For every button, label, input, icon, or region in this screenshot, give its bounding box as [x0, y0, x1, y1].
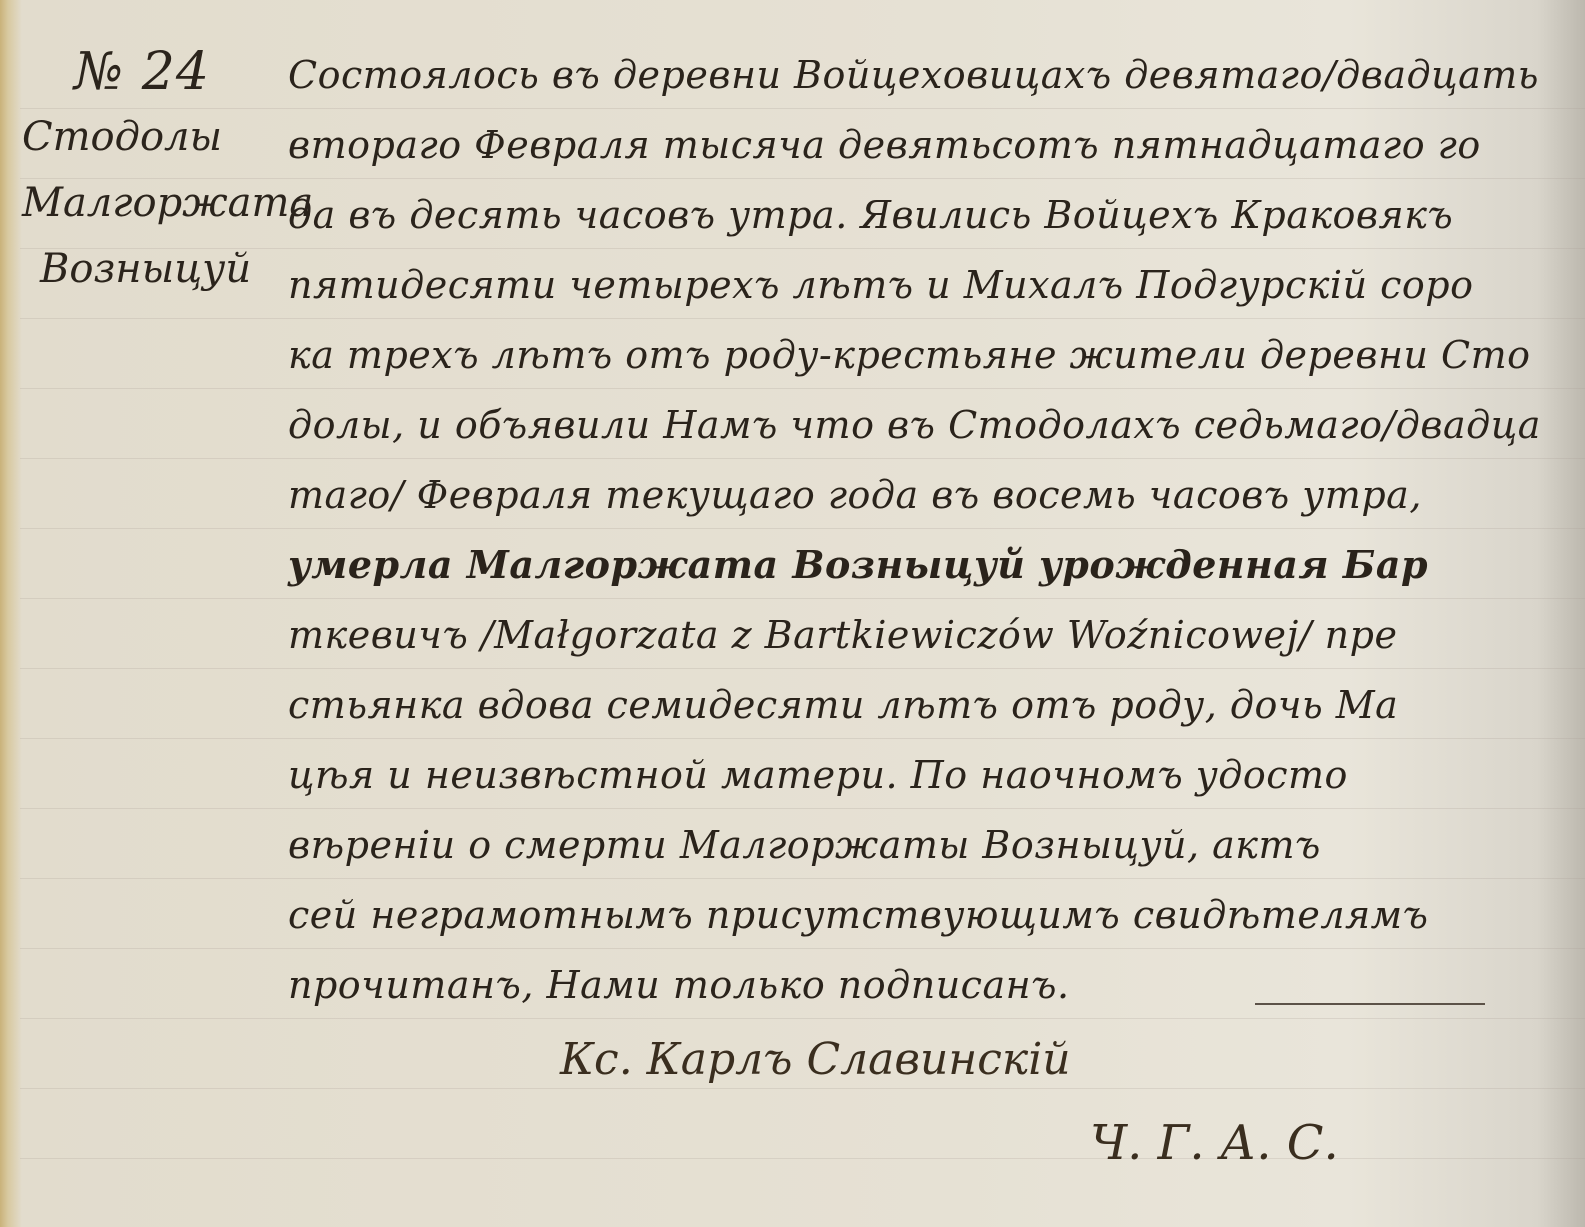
record-line: таго/ Февраля текущаго года въ восемь ча… [288, 460, 1548, 530]
record-line: втораго Февраля тысяча девятьсотъ пятнад… [288, 110, 1548, 180]
closing-line [1255, 1003, 1485, 1005]
record-line: цѣя и неизвѣстной матери. По наочномъ уд… [288, 740, 1548, 810]
record-line: долы, и объявили Намъ что въ Стодолахъ с… [288, 390, 1548, 460]
record-line: стьянка вдова семидесяти лѣтъ отъ роду, … [288, 670, 1548, 740]
margin-annotation: № 24 Стодолы Малгоржата Возныцуй [22, 40, 272, 302]
record-line: умерла Малгоржата Возныцуй урожденная Ба… [288, 530, 1548, 600]
priest-signature: Кс. Карлъ Славинскій [560, 1030, 1339, 1090]
record-line: ткевичъ /Małgorzata z Bartkiewiczów Woźn… [288, 600, 1548, 670]
margin-surname: Возныцуй [22, 236, 272, 302]
document-page: № 24 Стодолы Малгоржата Возныцуй Состоял… [0, 0, 1585, 1227]
entry-number: № 24 [22, 40, 272, 104]
record-line: пятидесяти четырехъ лѣтъ и Михалъ Подгур… [288, 250, 1548, 320]
record-line: ка трехъ лѣтъ отъ роду-крестьяне жители … [288, 320, 1548, 390]
record-body: Состоялось въ деревни Войцеховицахъ девя… [288, 40, 1548, 1020]
record-line: Состоялось въ деревни Войцеховицахъ девя… [288, 40, 1548, 110]
signature-block: Кс. Карлъ Славинскій Ч. Г. А. С. [560, 1030, 1339, 1178]
margin-given-name: Малгоржата [22, 170, 272, 236]
margin-village: Стодолы [22, 104, 272, 170]
record-line: сей неграмотнымъ присутствующимъ свидѣте… [288, 880, 1548, 950]
registrar-initials: Ч. Г. А. С. [560, 1108, 1339, 1178]
record-line: вѣреніи о смерти Малгоржаты Возныцуй, ак… [288, 810, 1548, 880]
record-line: да въ десять часовъ утра. Явились Войцех… [288, 180, 1548, 250]
record-line: прочитанъ, Нами только подписанъ. [288, 950, 1548, 1020]
